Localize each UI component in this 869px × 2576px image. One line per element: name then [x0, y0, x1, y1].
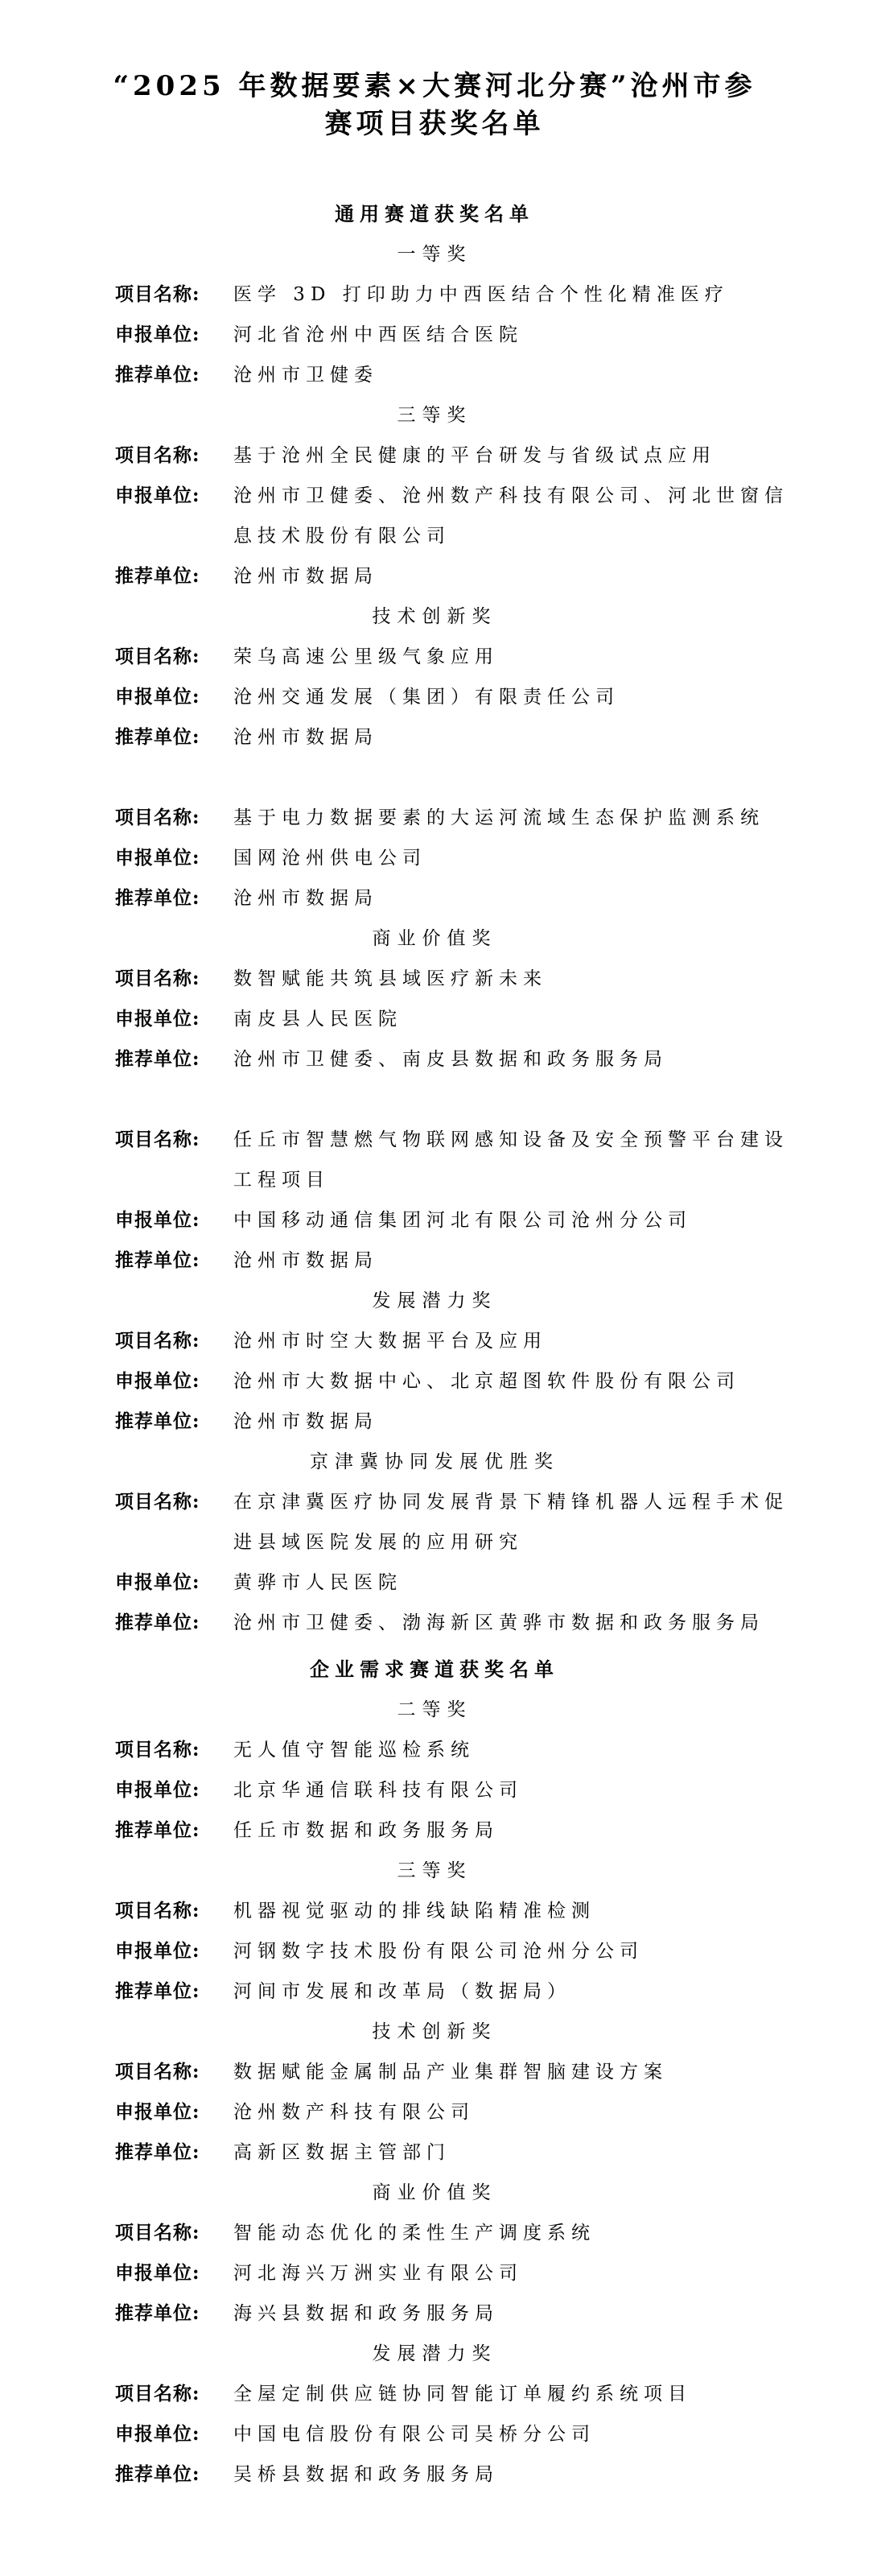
applicant-row: 申报单位: 黄骅市人民医院	[115, 1563, 809, 1603]
project-name-row: 项目名称: 沧州市时空大数据平台及应用	[115, 1321, 809, 1361]
project-name-row: 项目名称: 无人值守智能巡检系统	[115, 1730, 809, 1770]
recommender-label: 推荐单位:	[115, 1402, 233, 1442]
recommender-row: 推荐单位: 河间市发展和改革局（数据局）	[115, 1971, 809, 2012]
project-name-value: 机器视觉驱动的排线缺陷精准检测	[233, 1891, 809, 1931]
award-heading-second-prize: 二等奖	[0, 1690, 869, 1730]
project-name-row: 项目名称: 智能动态优化的柔性生产调度系统	[115, 2213, 809, 2253]
applicant-label: 申报单位:	[115, 1563, 233, 1603]
applicant-label: 申报单位:	[115, 1770, 233, 1810]
applicant-value: 沧州数产科技有限公司	[233, 2092, 809, 2132]
award-heading-third-prize-enterprise: 三等奖	[0, 1851, 869, 1891]
recommender-value: 吴桥县数据和政务服务局	[233, 2454, 809, 2495]
applicant-label: 申报单位:	[115, 2414, 233, 2454]
project-name-row: 项目名称: 医学 3D 打印助力中西医结合个性化精准医疗	[115, 275, 809, 315]
applicant-row: 申报单位: 河钢数字技术股份有限公司沧州分公司	[115, 1931, 809, 1971]
recommender-value: 河间市发展和改革局（数据局）	[233, 1971, 809, 2012]
project-name-label: 项目名称:	[115, 1730, 233, 1770]
applicant-label: 申报单位:	[115, 677, 233, 717]
award-heading-business-value-enterprise: 商业价值奖	[0, 2173, 869, 2213]
applicant-value: 南皮县人民医院	[233, 999, 809, 1039]
recommender-value: 高新区数据主管部门	[233, 2132, 809, 2173]
recommender-label: 推荐单位:	[115, 2293, 233, 2334]
applicant-row: 申报单位: 沧州市大数据中心、北京超图软件股份有限公司	[115, 1361, 809, 1402]
project-name-value: 基于电力数据要素的大运河流域生态保护监测系统	[233, 798, 809, 838]
award-heading-tech-innovation-enterprise: 技术创新奖	[0, 2012, 869, 2052]
award-heading-development-potential-enterprise: 发展潜力奖	[0, 2334, 869, 2374]
document-title-line2: 赛项目获奖名单	[0, 105, 869, 143]
recommender-label: 推荐单位:	[115, 1603, 233, 1643]
project-name-label: 项目名称:	[115, 1321, 233, 1361]
applicant-row: 申报单位: 河北省沧州中西医结合医院	[115, 315, 809, 355]
section-heading-general-track: 通用赛道获奖名单	[0, 194, 869, 234]
recommender-value: 海兴县数据和政务服务局	[233, 2293, 809, 2334]
applicant-value: 北京华通信联科技有限公司	[233, 1770, 809, 1810]
document-page: “2025 年数据要素×大赛河北分赛”沧州市参 赛项目获奖名单 通用赛道获奖名单…	[0, 0, 869, 2495]
award-heading-first-prize: 一等奖	[0, 234, 869, 275]
applicant-value: 河北海兴万洲实业有限公司	[233, 2253, 809, 2293]
project-name-label: 项目名称:	[115, 2052, 233, 2092]
award-heading-third-prize: 三等奖	[0, 395, 869, 436]
document-title: “2025 年数据要素×大赛河北分赛”沧州市参 赛项目获奖名单	[0, 68, 869, 143]
award-heading-development-potential: 发展潜力奖	[0, 1281, 869, 1321]
applicant-value: 中国电信股份有限公司吴桥分公司	[233, 2414, 809, 2454]
applicant-value: 沧州市大数据中心、北京超图软件股份有限公司	[233, 1361, 809, 1402]
recommender-value: 任丘市数据和政务服务局	[233, 1810, 809, 1851]
project-name-value: 全屋定制供应链协同智能订单履约系统项目	[233, 2374, 809, 2414]
applicant-label: 申报单位:	[115, 838, 233, 878]
applicant-label: 申报单位:	[115, 476, 233, 556]
project-name-label: 项目名称:	[115, 2374, 233, 2414]
applicant-label: 申报单位:	[115, 1200, 233, 1241]
project-name-label: 项目名称:	[115, 798, 233, 838]
award-heading-jingjinji-synergy: 京津冀协同发展优胜奖	[0, 1442, 869, 1482]
recommender-row: 推荐单位: 任丘市数据和政务服务局	[115, 1810, 809, 1851]
applicant-value: 国网沧州供电公司	[233, 838, 809, 878]
recommender-label: 推荐单位:	[115, 717, 233, 758]
project-name-label: 项目名称:	[115, 1120, 233, 1200]
applicant-row: 申报单位: 河北海兴万洲实业有限公司	[115, 2253, 809, 2293]
project-name-value: 数据赋能金属制品产业集群智脑建设方案	[233, 2052, 809, 2092]
section-heading-enterprise-track: 企业需求赛道获奖名单	[0, 1649, 869, 1690]
document-title-line1: “2025 年数据要素×大赛河北分赛”沧州市参	[0, 68, 869, 105]
blank-line	[0, 758, 869, 798]
project-name-row: 项目名称: 荣乌高速公里级气象应用	[115, 637, 809, 677]
project-name-value: 基于沧州全民健康的平台研发与省级试点应用	[233, 436, 809, 476]
recommender-row: 推荐单位: 沧州市卫健委	[115, 355, 809, 395]
blank-line	[0, 1080, 869, 1120]
recommender-label: 推荐单位:	[115, 556, 233, 597]
recommender-row: 推荐单位: 沧州市数据局	[115, 556, 809, 597]
project-name-row: 项目名称: 数智赋能共筑县域医疗新未来	[115, 959, 809, 999]
recommender-label: 推荐单位:	[115, 1241, 233, 1281]
applicant-row: 申报单位: 南皮县人民医院	[115, 999, 809, 1039]
recommender-row: 推荐单位: 沧州市数据局	[115, 878, 809, 919]
applicant-row: 申报单位: 沧州数产科技有限公司	[115, 2092, 809, 2132]
recommender-label: 推荐单位:	[115, 878, 233, 919]
applicant-value: 黄骅市人民医院	[233, 1563, 809, 1603]
recommender-value: 沧州市数据局	[233, 1241, 809, 1281]
project-name-value: 荣乌高速公里级气象应用	[233, 637, 809, 677]
project-name-row: 项目名称: 机器视觉驱动的排线缺陷精准检测	[115, 1891, 809, 1931]
recommender-value: 沧州市数据局	[233, 1402, 809, 1442]
project-name-label: 项目名称:	[115, 2213, 233, 2253]
applicant-label: 申报单位:	[115, 2253, 233, 2293]
project-name-value: 无人值守智能巡检系统	[233, 1730, 809, 1770]
project-name-value: 在京津冀医疗协同发展背景下精锋机器人远程手术促进县域医院发展的应用研究	[233, 1482, 809, 1563]
project-name-label: 项目名称:	[115, 1891, 233, 1931]
recommender-row: 推荐单位: 沧州市卫健委、南皮县数据和政务服务局	[115, 1039, 809, 1080]
applicant-label: 申报单位:	[115, 315, 233, 355]
applicant-label: 申报单位:	[115, 1361, 233, 1402]
recommender-value: 沧州市卫健委	[233, 355, 809, 395]
applicant-row: 申报单位: 北京华通信联科技有限公司	[115, 1770, 809, 1810]
project-name-value: 医学 3D 打印助力中西医结合个性化精准医疗	[233, 275, 809, 315]
recommender-row: 推荐单位: 沧州市卫健委、渤海新区黄骅市数据和政务服务局	[115, 1603, 809, 1643]
project-name-row: 项目名称: 全屋定制供应链协同智能订单履约系统项目	[115, 2374, 809, 2414]
applicant-value: 沧州交通发展（集团）有限责任公司	[233, 677, 809, 717]
applicant-value: 中国移动通信集团河北有限公司沧州分公司	[233, 1200, 809, 1241]
recommender-row: 推荐单位: 沧州市数据局	[115, 717, 809, 758]
project-name-row: 项目名称: 数据赋能金属制品产业集群智脑建设方案	[115, 2052, 809, 2092]
applicant-row: 申报单位: 沧州交通发展（集团）有限责任公司	[115, 677, 809, 717]
project-name-row: 项目名称: 基于电力数据要素的大运河流域生态保护监测系统	[115, 798, 809, 838]
project-name-row: 项目名称: 在京津冀医疗协同发展背景下精锋机器人远程手术促进县域医院发展的应用研…	[115, 1482, 809, 1563]
project-name-label: 项目名称:	[115, 436, 233, 476]
recommender-label: 推荐单位:	[115, 1810, 233, 1851]
recommender-value: 沧州市数据局	[233, 878, 809, 919]
project-name-value: 任丘市智慧燃气物联网感知设备及安全预警平台建设工程项目	[233, 1120, 809, 1200]
recommender-row: 推荐单位: 吴桥县数据和政务服务局	[115, 2454, 809, 2495]
recommender-row: 推荐单位: 海兴县数据和政务服务局	[115, 2293, 809, 2334]
applicant-row: 申报单位: 中国移动通信集团河北有限公司沧州分公司	[115, 1200, 809, 1241]
recommender-label: 推荐单位:	[115, 1039, 233, 1080]
recommender-value: 沧州市卫健委、渤海新区黄骅市数据和政务服务局	[233, 1603, 809, 1643]
award-heading-tech-innovation: 技术创新奖	[0, 597, 869, 637]
recommender-value: 沧州市数据局	[233, 717, 809, 758]
recommender-value: 沧州市卫健委、南皮县数据和政务服务局	[233, 1039, 809, 1080]
applicant-row: 申报单位: 国网沧州供电公司	[115, 838, 809, 878]
project-name-row: 项目名称: 任丘市智慧燃气物联网感知设备及安全预警平台建设工程项目	[115, 1120, 809, 1200]
applicant-row: 申报单位: 沧州市卫健委、沧州数产科技有限公司、河北世窗信息技术股份有限公司	[115, 476, 809, 556]
recommender-label: 推荐单位:	[115, 355, 233, 395]
recommender-label: 推荐单位:	[115, 2454, 233, 2495]
applicant-label: 申报单位:	[115, 999, 233, 1039]
project-name-label: 项目名称:	[115, 959, 233, 999]
applicant-value: 沧州市卫健委、沧州数产科技有限公司、河北世窗信息技术股份有限公司	[233, 476, 809, 556]
recommender-label: 推荐单位:	[115, 1971, 233, 2012]
project-name-label: 项目名称:	[115, 275, 233, 315]
project-name-value: 智能动态优化的柔性生产调度系统	[233, 2213, 809, 2253]
applicant-value: 河钢数字技术股份有限公司沧州分公司	[233, 1931, 809, 1971]
award-heading-business-value: 商业价值奖	[0, 919, 869, 959]
recommender-label: 推荐单位:	[115, 2132, 233, 2173]
recommender-row: 推荐单位: 沧州市数据局	[115, 1241, 809, 1281]
applicant-row: 申报单位: 中国电信股份有限公司吴桥分公司	[115, 2414, 809, 2454]
recommender-value: 沧州市数据局	[233, 556, 809, 597]
recommender-row: 推荐单位: 高新区数据主管部门	[115, 2132, 809, 2173]
project-name-value: 数智赋能共筑县域医疗新未来	[233, 959, 809, 999]
project-name-label: 项目名称:	[115, 1482, 233, 1563]
project-name-label: 项目名称:	[115, 637, 233, 677]
applicant-label: 申报单位:	[115, 1931, 233, 1971]
applicant-label: 申报单位:	[115, 2092, 233, 2132]
project-name-row: 项目名称: 基于沧州全民健康的平台研发与省级试点应用	[115, 436, 809, 476]
project-name-value: 沧州市时空大数据平台及应用	[233, 1321, 809, 1361]
applicant-value: 河北省沧州中西医结合医院	[233, 315, 809, 355]
recommender-row: 推荐单位: 沧州市数据局	[115, 1402, 809, 1442]
